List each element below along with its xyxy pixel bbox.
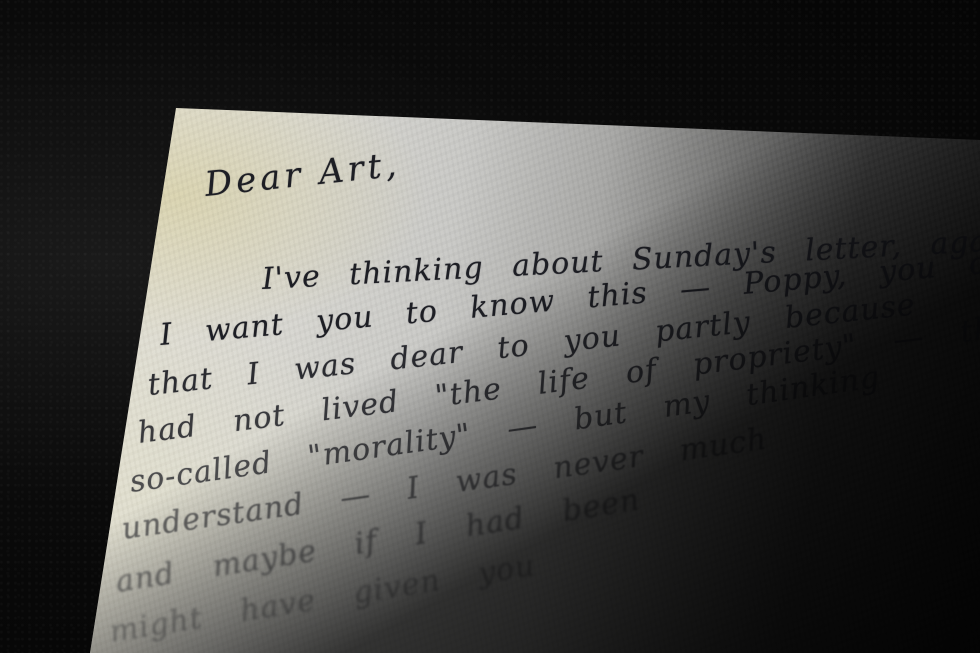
photo-scene: Dear Art, I've thinking about Sunday's l… bbox=[0, 0, 980, 653]
